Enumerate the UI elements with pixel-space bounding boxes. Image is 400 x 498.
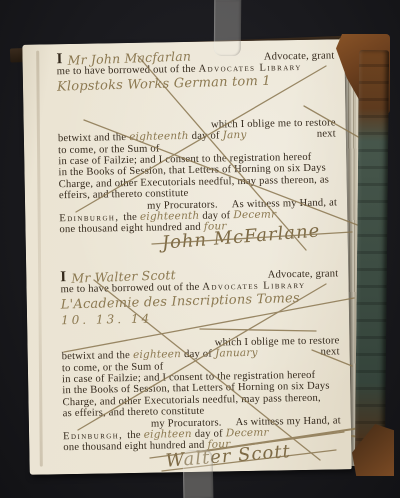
page-holder-strap-bottom <box>183 450 214 498</box>
return-day-handwritten: eighteen <box>133 349 181 361</box>
advocate-grant-label: Advocate, grant <box>268 268 339 281</box>
return-month-handwritten: January <box>215 348 258 360</box>
next-label: next <box>321 347 340 359</box>
book-photo: 182. I Mr John Macfarlan Advocate, grant… <box>0 0 400 498</box>
sign-month-handwritten: Decemr <box>233 209 276 221</box>
page-holder-strap-top <box>214 0 241 56</box>
page-crease <box>36 51 43 467</box>
advocate-grant-label: Advocate, grant <box>264 50 335 63</box>
next-label: next <box>317 129 336 141</box>
printed-i: I <box>56 54 62 66</box>
sign-day-handwritten: eighteen <box>144 429 192 441</box>
printed-i: I <box>60 272 66 284</box>
return-month-handwritten: Jany <box>223 130 247 142</box>
borrow-entry-macfarlan: I Mr John Macfarlan Advocate, grant me t… <box>56 48 337 245</box>
return-day-handwritten: eighteenth <box>129 131 189 143</box>
borrow-entry-scott: I Mr Walter Scott Advocate, grant me to … <box>60 266 341 463</box>
advocates-library-label: Advocates Library <box>198 62 301 75</box>
register-page: 182. I Mr John Macfarlan Advocate, grant… <box>22 39 351 475</box>
sign-month-handwritten: Decemr <box>226 428 269 440</box>
book-spine-edge <box>355 50 389 466</box>
